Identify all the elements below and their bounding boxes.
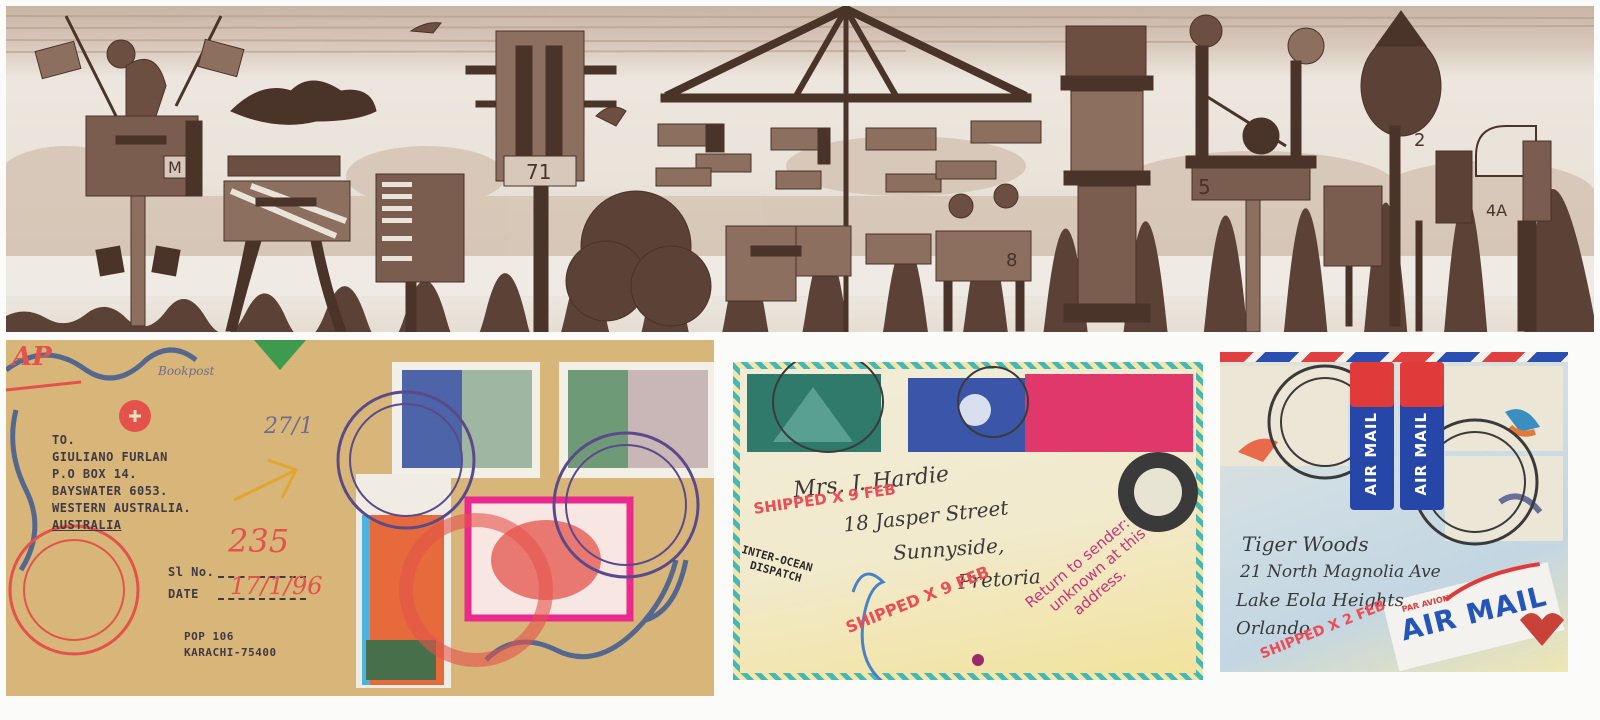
svg-text:4A: 4A (1486, 201, 1507, 220)
recipient-line: AUSTRALIA (52, 517, 191, 534)
svg-text:71: 71 (526, 160, 551, 184)
svg-text:M: M (168, 158, 182, 177)
recipient-line: TO. (52, 432, 191, 449)
envelope-airmail: AIR MAIL AIR MAIL Tiger Woods 21 North M… (1220, 352, 1568, 672)
svg-text:2: 2 (1414, 130, 1425, 151)
svg-text:8: 8 (1006, 250, 1017, 271)
sender-line: POP 106 (184, 628, 234, 645)
recipient-line: GIULIANO FURLAN (52, 449, 191, 466)
svg-text:5: 5 (1198, 175, 1211, 199)
corner-mark: AP (12, 342, 52, 372)
sender-line: KARACHI-75400 (184, 644, 277, 661)
bookpost-note: Bookpost (158, 364, 214, 378)
date-value: 17/1/96 (230, 572, 323, 600)
recipient-line: BAYSWATER 6053. (52, 483, 191, 500)
airmail-label: AIR MAIL (1362, 412, 1380, 496)
envelope-pakistan: AP Bookpost 27/1 TO. GIULIANO FURLAN P.O… (6, 340, 714, 696)
serial-label: Sl No. (168, 564, 214, 581)
date-label: DATE (168, 586, 199, 603)
address-line: Tiger Woods (1242, 532, 1369, 556)
recipient-address: TO. GIULIANO FURLAN P.O BOX 14. BAYSWATE… (52, 432, 191, 534)
envelope-south-africa: Mrs. J. Hardie 18 Jasper Street Sunnysid… (733, 362, 1203, 680)
address-line: 21 North Magnolia Ave (1240, 562, 1441, 582)
etching-illustration: M 71 (6, 6, 1594, 332)
letterbox-etching: M 71 (6, 6, 1594, 332)
date-note: 27/1 (264, 414, 313, 439)
recipient-line: P.O BOX 14. (52, 466, 191, 483)
serial-value: 235 (228, 522, 289, 560)
recipient-line: WESTERN AUSTRALIA. (52, 500, 191, 517)
airmail-label: AIR MAIL (1412, 412, 1430, 496)
